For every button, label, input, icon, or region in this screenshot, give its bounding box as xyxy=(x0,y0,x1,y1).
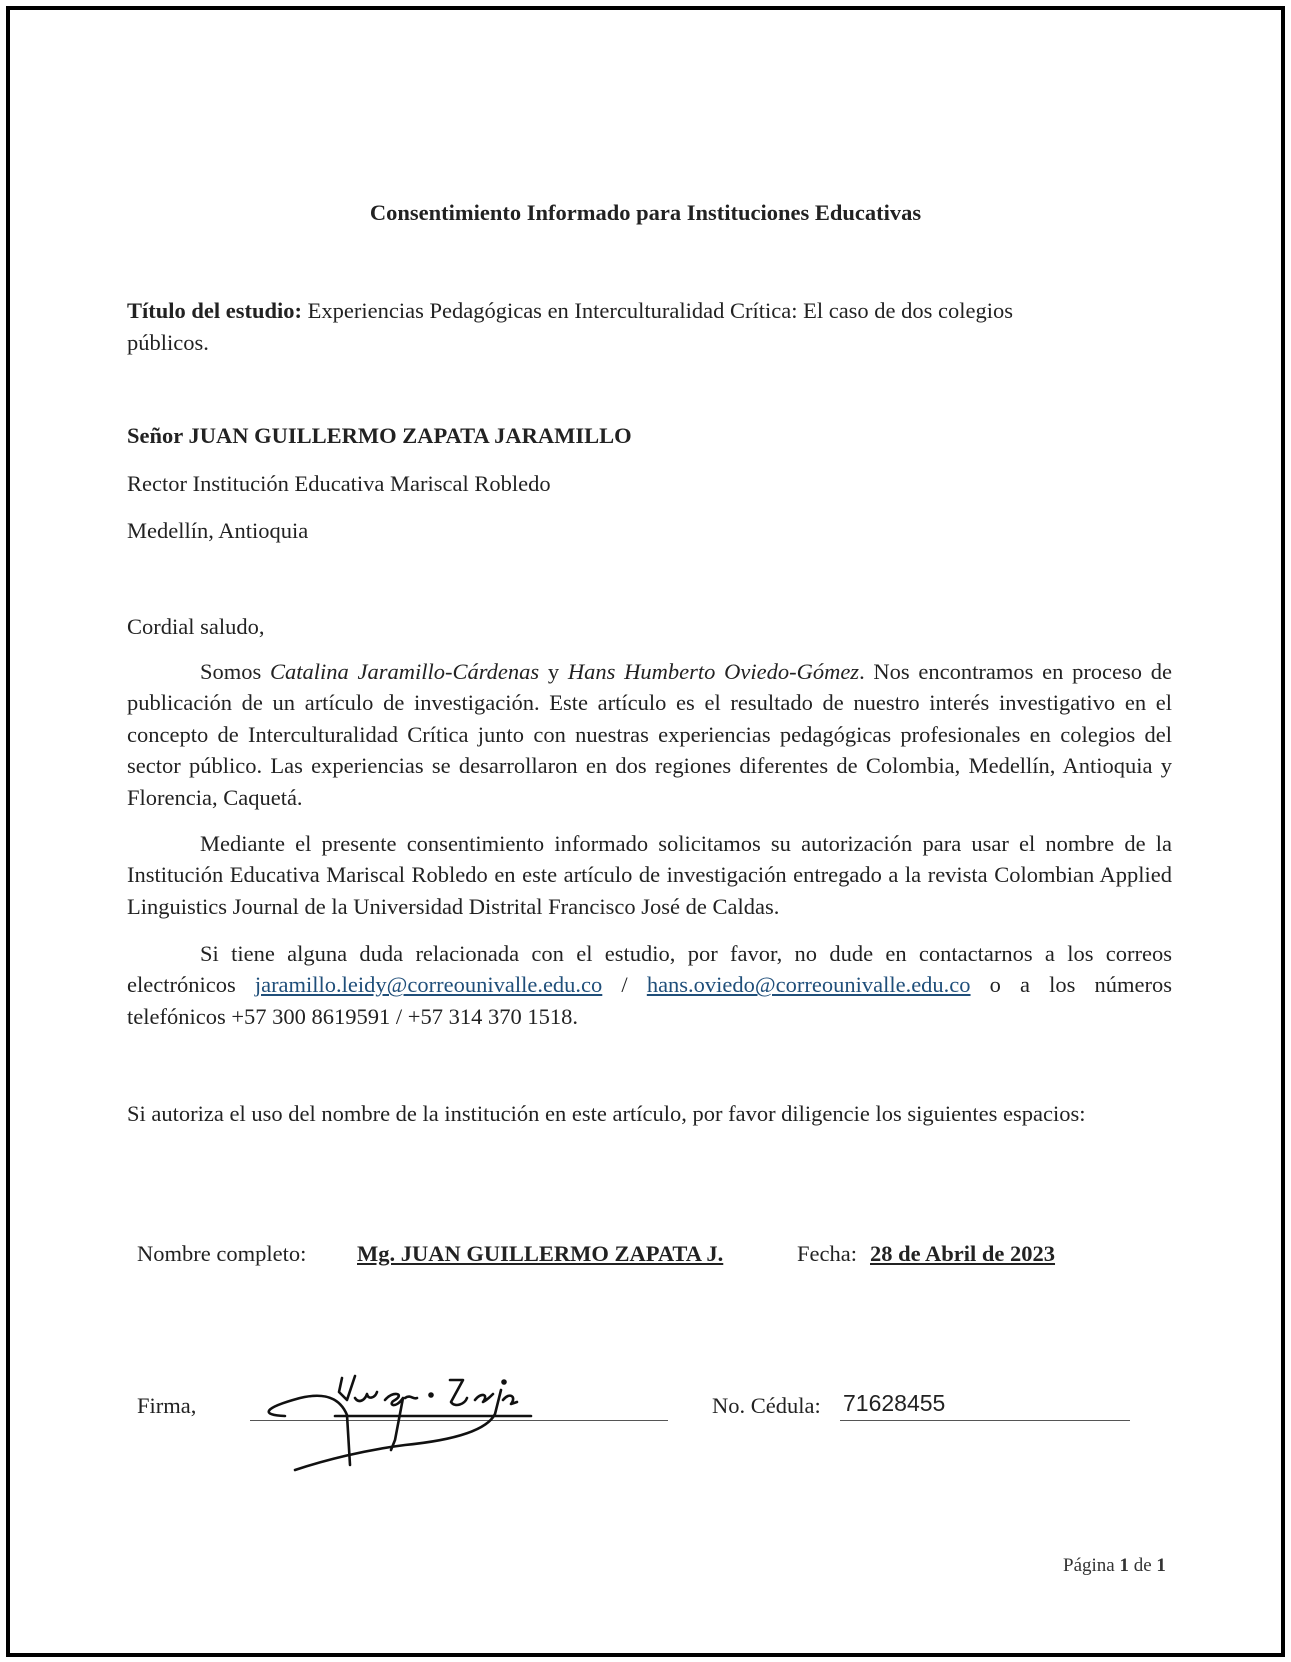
email-link-1[interactable]: jaramillo.leidy@correounivalle.edu.co xyxy=(255,972,602,997)
paragraph-intro-text: Somos xyxy=(200,659,261,684)
document-title: Consentimiento Informado para Institucio… xyxy=(0,200,1291,226)
page-total: 1 xyxy=(1156,1555,1166,1576)
addressee-name: JUAN GUILLERMO ZAPATA JARAMILLO xyxy=(188,423,631,448)
page-current: 1 xyxy=(1119,1555,1129,1576)
addressee-role: Rector Institución Educativa Mariscal Ro… xyxy=(127,468,551,500)
study-title-value: Experiencias Pedagógicas en Intercultura… xyxy=(308,298,1013,323)
page-word: Página xyxy=(1063,1555,1115,1576)
greeting: Cordial saludo, xyxy=(127,611,264,643)
name-value-field[interactable]: Mg. JUAN GUILLERMO ZAPATA J. xyxy=(357,1238,723,1270)
author-connector: y xyxy=(548,659,559,684)
author-name-1: Catalina Jaramillo-Cárdenas xyxy=(270,659,539,684)
paragraph-request: Mediante el presente consentimiento info… xyxy=(127,828,1172,922)
id-value-field[interactable]: 71628455 xyxy=(843,1390,945,1417)
signature-label: Firma, xyxy=(137,1390,196,1422)
name-label: Nombre completo: xyxy=(137,1238,306,1270)
id-line xyxy=(840,1420,1130,1421)
id-label: No. Cédula: xyxy=(712,1390,821,1422)
study-title-label: Título del estudio: xyxy=(127,298,302,323)
date-label: Fecha: xyxy=(797,1238,857,1270)
email-separator: / xyxy=(621,972,627,997)
addressee-location: Medellín, Antioquia xyxy=(127,515,308,547)
signature-image[interactable] xyxy=(255,1370,555,1490)
paragraph-introduction: Somos Catalina Jaramillo-Cárdenas y Hans… xyxy=(127,656,1172,813)
study-title-line1: Título del estudio: Experiencias Pedagóg… xyxy=(127,295,1013,327)
page-number: Página 1 de 1 xyxy=(1063,1555,1166,1577)
email-link-2[interactable]: hans.oviedo@correounivalle.edu.co xyxy=(647,972,971,997)
page-of: de xyxy=(1134,1555,1152,1576)
study-title-line2: públicos. xyxy=(127,327,209,359)
authorization-prompt: Si autoriza el uso del nombre de la inst… xyxy=(127,1098,1086,1130)
paragraph-contact: Si tiene alguna duda relacionada con el … xyxy=(127,938,1172,1032)
date-value-field[interactable]: 28 de Abril de 2023 xyxy=(870,1238,1055,1270)
addressee-name-line: Señor JUAN GUILLERMO ZAPATA JARAMILLO xyxy=(127,420,632,452)
author-name-2: Hans Humberto Oviedo-Gómez xyxy=(568,659,859,684)
addressee-salutation: Señor xyxy=(127,423,183,448)
